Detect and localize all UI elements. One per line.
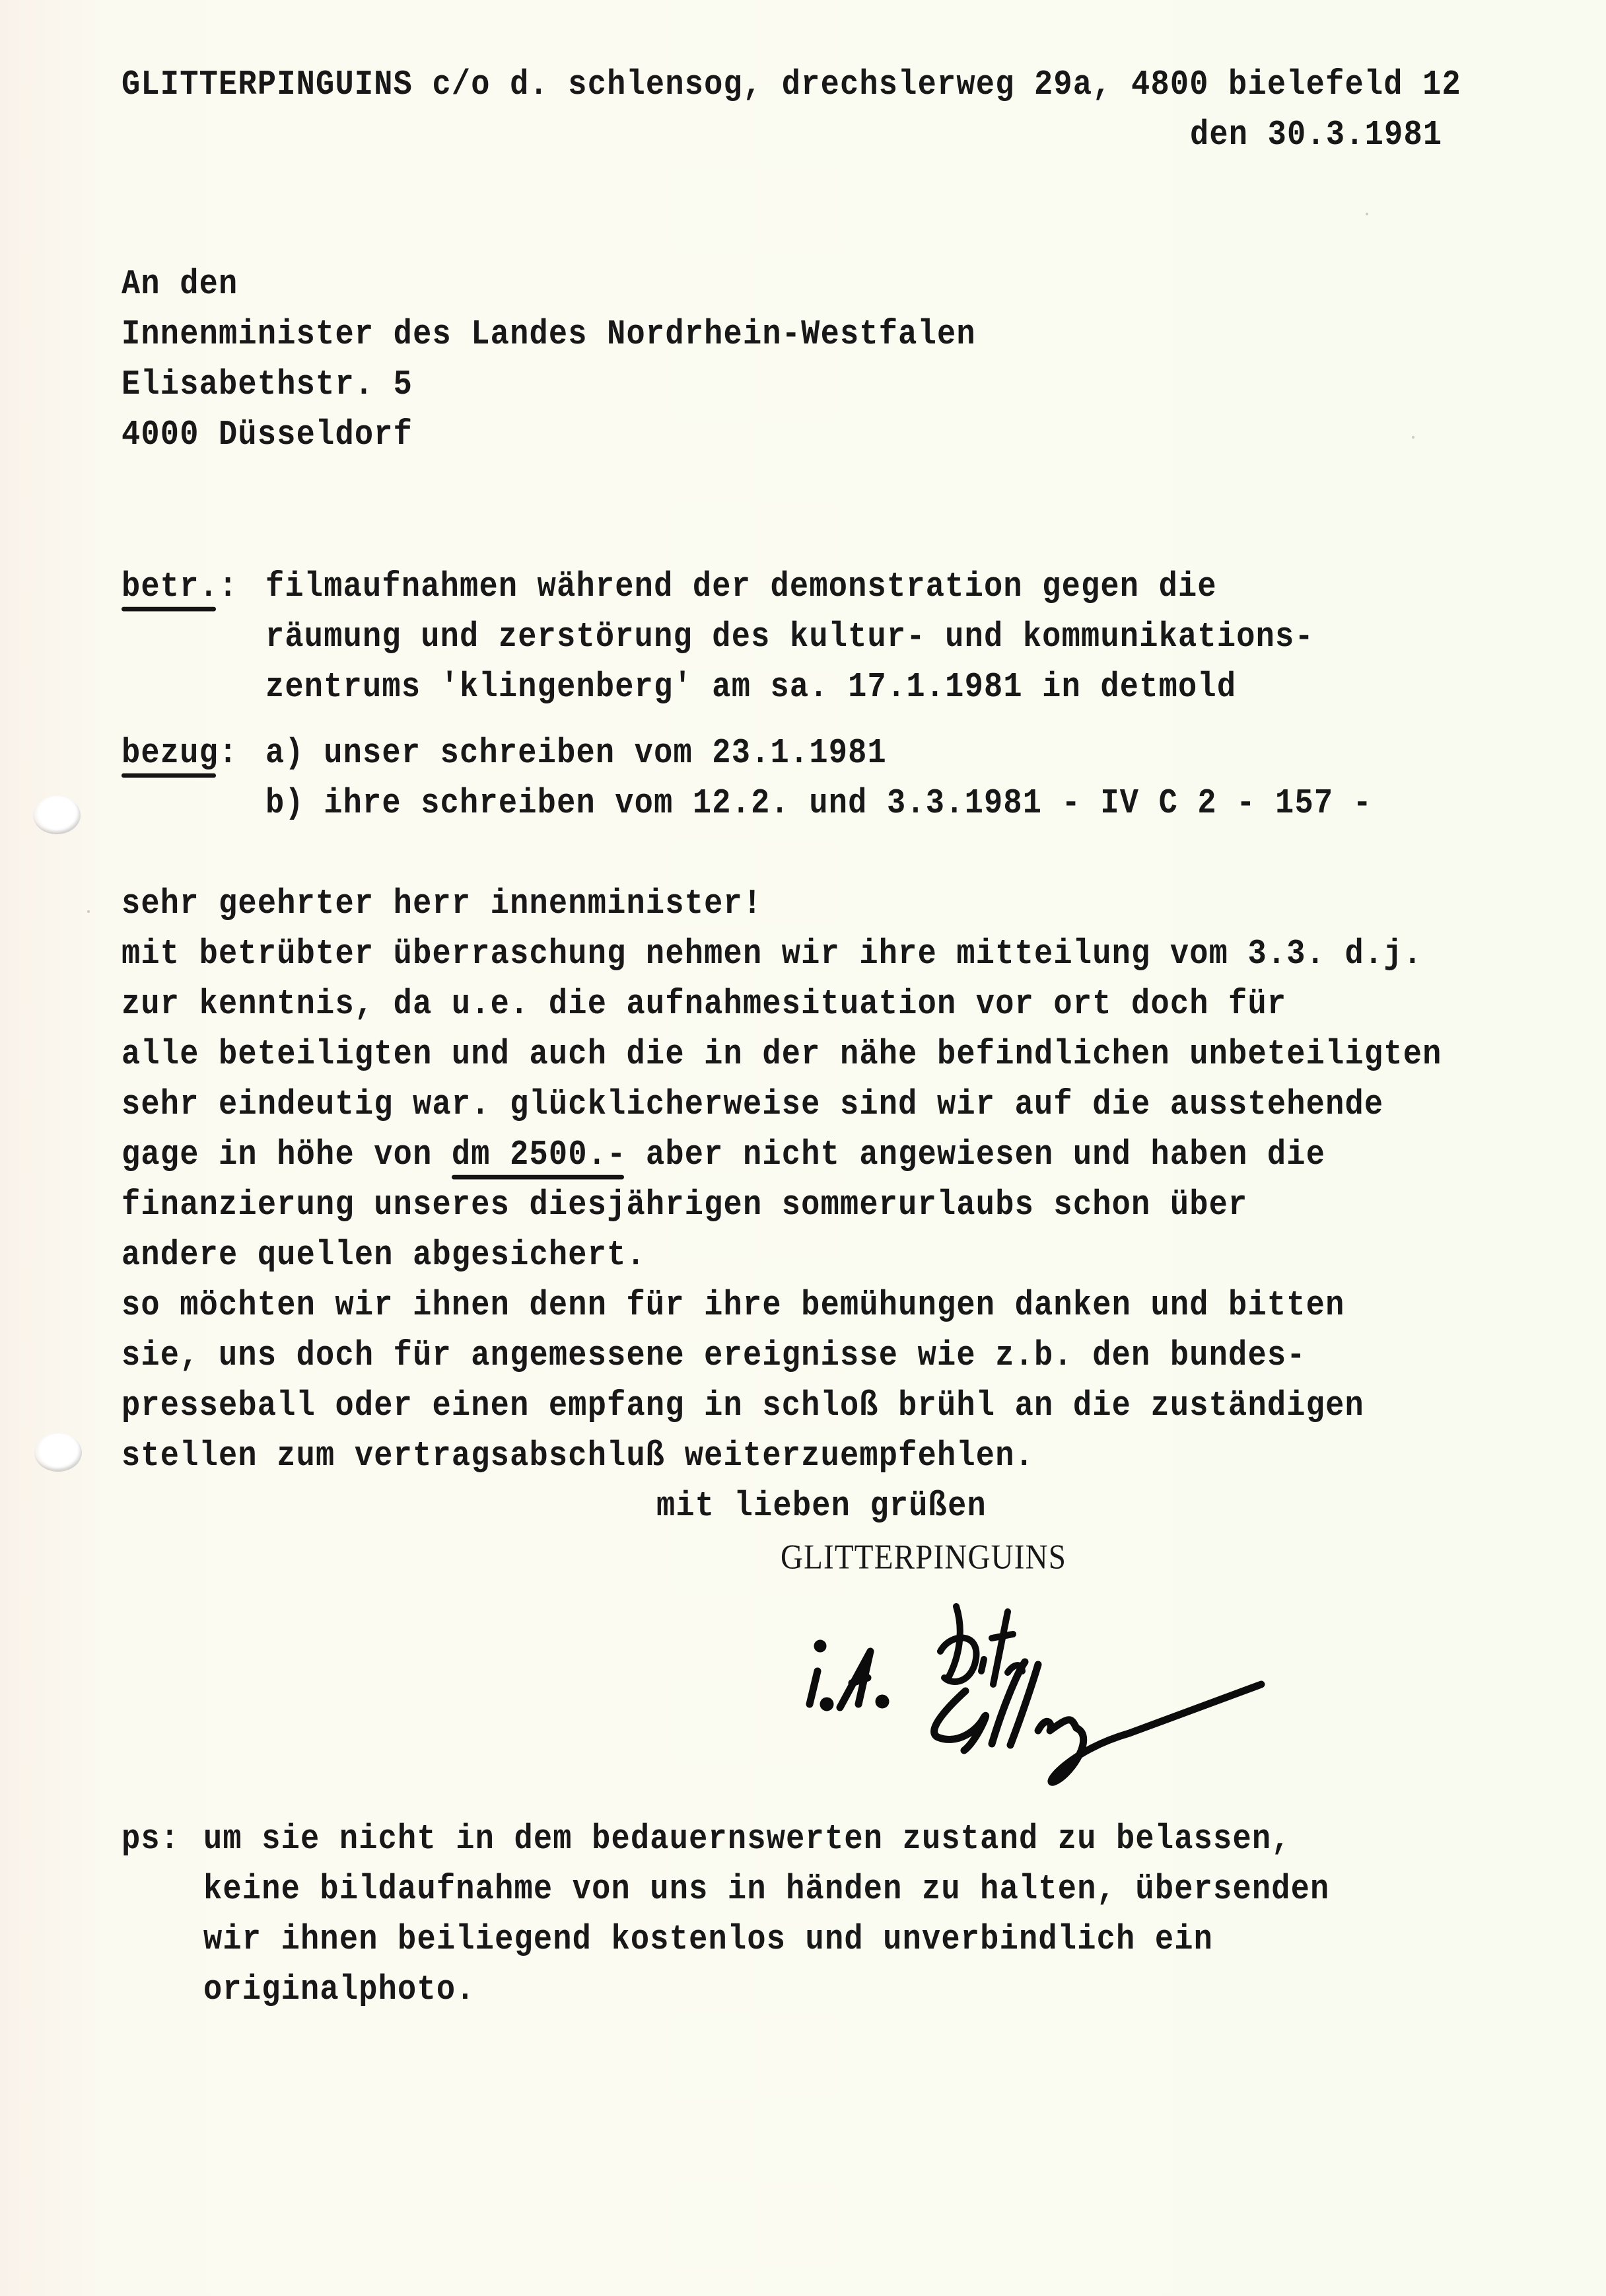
postscript-line: um sie nicht in dem bedauernswerten zust…: [203, 1818, 1291, 1862]
body-line: presseball oder einen empfang in schloß …: [122, 1384, 1364, 1429]
signature-first-name: [940, 1606, 1022, 1684]
body-line: sie, uns doch für angemessene ereignisse…: [122, 1334, 1306, 1379]
salutation: sehr geehrter herr innenminister!: [122, 882, 762, 927]
date-line: den 30.3.1981: [1190, 114, 1442, 158]
paper-speck: [1412, 436, 1414, 439]
signature-last-name: [934, 1662, 1261, 1782]
reference-line: b) ihre schreiben vom 12.2. und 3.3.1981…: [265, 782, 1372, 826]
subject-line: zentrums 'klingenberg' am sa. 17.1.1981 …: [265, 666, 1236, 710]
postscript-line: originalphoto.: [203, 1968, 475, 2013]
punch-hole-upper: [33, 796, 81, 834]
body-line: so möchten wir ihnen denn für ihre bemüh…: [122, 1284, 1345, 1328]
body-line: stellen zum vertragsabschluß weiterzuemp…: [122, 1435, 1034, 1479]
amount-line-before: gage in höhe von: [122, 1135, 452, 1174]
amount-line-after: aber nicht angewiesen und haben die: [627, 1135, 1326, 1174]
body-line: sehr eindeutig war. glücklicherweise sin…: [122, 1083, 1383, 1128]
postscript-line: keine bildaufnahme von uns in händen zu …: [203, 1868, 1329, 1912]
subject-label-text: betr.: [122, 567, 219, 606]
recipient-line: Elisabethstr. 5: [122, 363, 413, 408]
signature-ia: [810, 1643, 886, 1707]
body-line: finanzierung unseres diesjährigen sommer…: [122, 1184, 1247, 1228]
postscript-label: ps:: [122, 1818, 180, 1862]
body-line: zur kenntnis, da u.e. die aufnahmesituat…: [122, 983, 1286, 1027]
reference-label-colon: :: [219, 734, 238, 773]
closing-greeting: mit lieben grüßen: [656, 1485, 987, 1529]
recipient-line: 4000 Düsseldorf: [122, 413, 413, 458]
body-line: andere quellen abgesichert.: [122, 1234, 646, 1278]
recipient-line: Innenminister des Landes Nordrhein-Westf…: [122, 313, 976, 357]
punch-hole-lower: [34, 1433, 82, 1472]
subject-label: betr.:: [122, 565, 238, 610]
handwritten-signature: Dieter Schlensog: [786, 1572, 1367, 1797]
body-line: mit betrübter überraschung nehmen wir ih…: [122, 933, 1422, 977]
paper-speck: [1366, 213, 1368, 215]
body-amount-line: gage in höhe von dm 2500.- aber nicht an…: [122, 1133, 1325, 1178]
postscript-line: wir ihnen beiliegend kostenlos und unver…: [203, 1918, 1213, 1962]
reference-label-text: bezug: [122, 734, 219, 773]
body-line: alle beteiligten und auch die in der näh…: [122, 1033, 1442, 1077]
reference-line: a) unser schreiben vom 23.1.1981: [265, 732, 887, 776]
paper-speck: [87, 910, 90, 913]
subject-line: filmaufnahmen während der demonstration …: [265, 565, 1217, 610]
subject-label-colon: :: [219, 567, 238, 606]
sender-line: GLITTERPINGUINS c/o d. schlensog, drechs…: [122, 63, 1461, 108]
subject-line: räumung und zerstörung des kultur- und k…: [265, 616, 1314, 660]
reference-label: bezug:: [122, 732, 238, 776]
recipient-line: An den: [122, 263, 238, 307]
amount-underlined: dm 2500.-: [452, 1135, 627, 1174]
